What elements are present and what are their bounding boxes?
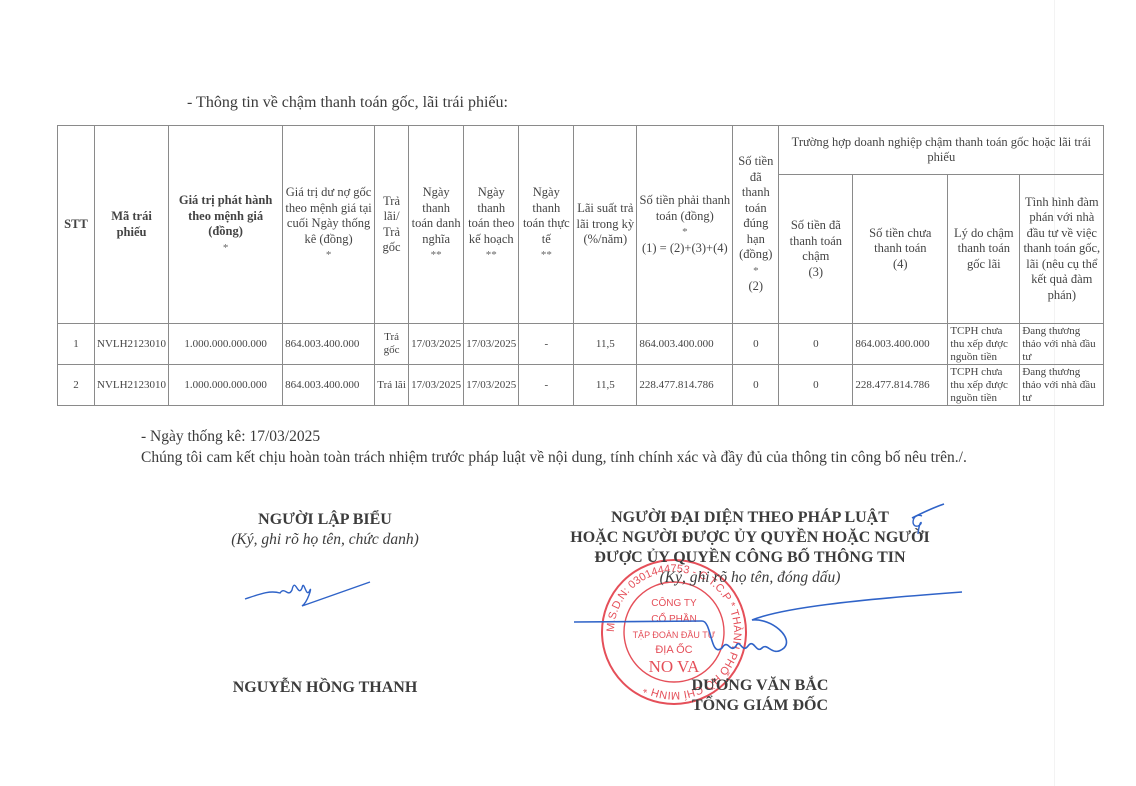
cell-amount-due: 864.003.400.000 — [637, 324, 733, 365]
cell-planned-date: 17/03/2025 — [464, 365, 519, 406]
col-paid-late: Số tiền đã thanh toán chậm(3) — [779, 175, 853, 324]
representative-position: TỔNG GIÁM ĐỐC — [640, 696, 880, 716]
representative-name: DƯƠNG VĂN BẮC — [640, 676, 880, 696]
col-interest-rate: Lãi suất trả lãi trong kỳ (%/năm) — [574, 126, 637, 324]
section-heading: - Thông tin về chậm thanh toán gốc, lãi … — [187, 94, 508, 112]
cell-payment-type: Trả lãi — [375, 365, 409, 406]
cell-interest-rate: 11,5 — [574, 324, 637, 365]
col-group-late-payment: Trường hợp doanh nghiệp chậm thanh toán … — [779, 126, 1104, 175]
cell-actual-date: - — [519, 324, 574, 365]
cell-nominal-date: 17/03/2025 — [409, 365, 464, 406]
cell-actual-date: - — [519, 365, 574, 406]
representative-signature — [572, 508, 972, 668]
cell-planned-date: 17/03/2025 — [464, 324, 519, 365]
table-row: 2NVLH21230101.000.000.000.000864.003.400… — [58, 365, 1104, 406]
preparer-signature-block: NGƯỜI LẬP BIỂU (Ký, ghi rõ họ tên, chức … — [185, 510, 465, 550]
col-late-reason: Lý do chậm thanh toán gốc lãi — [948, 175, 1020, 324]
cell-paid-on-time: 0 — [733, 365, 779, 406]
cell-issue-value: 1.000.000.000.000 — [169, 365, 283, 406]
cell-negotiation: Đang thương thảo với nhà đầu tư — [1020, 365, 1104, 406]
col-bond-code: Mã trái phiếu — [95, 126, 169, 324]
col-outstanding-value: Giá trị dư nợ gốc theo mệnh giá tại cuối… — [283, 126, 375, 324]
col-planned-date: Ngày thanh toán theo kế hoạch** — [464, 126, 519, 324]
cell-negotiation: Đang thương thảo với nhà đầu tư — [1020, 324, 1104, 365]
cell-bond-code: NVLH2123010 — [95, 324, 169, 365]
col-negotiation: Tình hình đàm phán với nhà đầu tư về việ… — [1020, 175, 1104, 324]
preparer-name: NGUYỄN HỒNG THANH — [185, 678, 465, 698]
footnote: - Ngày thống kê: 17/03/2025 Chúng tôi ca… — [141, 426, 1001, 468]
col-nominal-date: Ngày thanh toán danh nghĩa** — [409, 126, 464, 324]
statistics-date: - Ngày thống kê: 17/03/2025 — [141, 426, 1001, 447]
commitment-statement: Chúng tôi cam kết chịu hoàn toàn trách n… — [141, 447, 1001, 468]
col-amount-due: Số tiền phải thanh toán (đồng)*(1) = (2)… — [637, 126, 733, 324]
representative-name-block: DƯƠNG VĂN BẮC TỔNG GIÁM ĐỐC — [640, 676, 880, 716]
cell-nominal-date: 17/03/2025 — [409, 324, 464, 365]
late-payment-table: STT Mã trái phiếu Giá trị phát hành theo… — [57, 125, 1104, 406]
cell-bond-code: NVLH2123010 — [95, 365, 169, 406]
col-actual-date: Ngày thanh toán thực tế** — [519, 126, 574, 324]
col-issue-value: Giá trị phát hành theo mệnh giá (đồng)* — [169, 126, 283, 324]
cell-stt: 1 — [58, 324, 95, 365]
cell-stt: 2 — [58, 365, 95, 406]
cell-issue-value: 1.000.000.000.000 — [169, 324, 283, 365]
cell-unpaid: 228.477.814.786 — [853, 365, 948, 406]
cell-amount-due: 228.477.814.786 — [637, 365, 733, 406]
preparer-signature — [240, 568, 380, 608]
cell-paid-late: 0 — [779, 365, 853, 406]
cell-outstanding-value: 864.003.400.000 — [283, 324, 375, 365]
preparer-title: NGƯỜI LẬP BIỂU — [185, 510, 465, 530]
preparer-instruction: (Ký, ghi rõ họ tên, chức danh) — [185, 530, 465, 550]
col-stt: STT — [58, 126, 95, 324]
cell-late-reason: TCPH chưa thu xếp được nguồn tiền — [948, 324, 1020, 365]
cell-paid-on-time: 0 — [733, 324, 779, 365]
cell-unpaid: 864.003.400.000 — [853, 324, 948, 365]
cell-payment-type: Trả gốc — [375, 324, 409, 365]
cell-late-reason: TCPH chưa thu xếp được nguồn tiền — [948, 365, 1020, 406]
col-payment-type: Trả lãi/ Trả gốc — [375, 126, 409, 324]
cell-paid-late: 0 — [779, 324, 853, 365]
col-paid-on-time: Số tiền đã thanh toán đúng hạn (đồng)*(2… — [733, 126, 779, 324]
cell-outstanding-value: 864.003.400.000 — [283, 365, 375, 406]
table-row: 1NVLH21230101.000.000.000.000864.003.400… — [58, 324, 1104, 365]
preparer-name-block: NGUYỄN HỒNG THANH — [185, 678, 465, 698]
col-unpaid: Số tiền chưa thanh toán(4) — [853, 175, 948, 324]
cell-interest-rate: 11,5 — [574, 365, 637, 406]
